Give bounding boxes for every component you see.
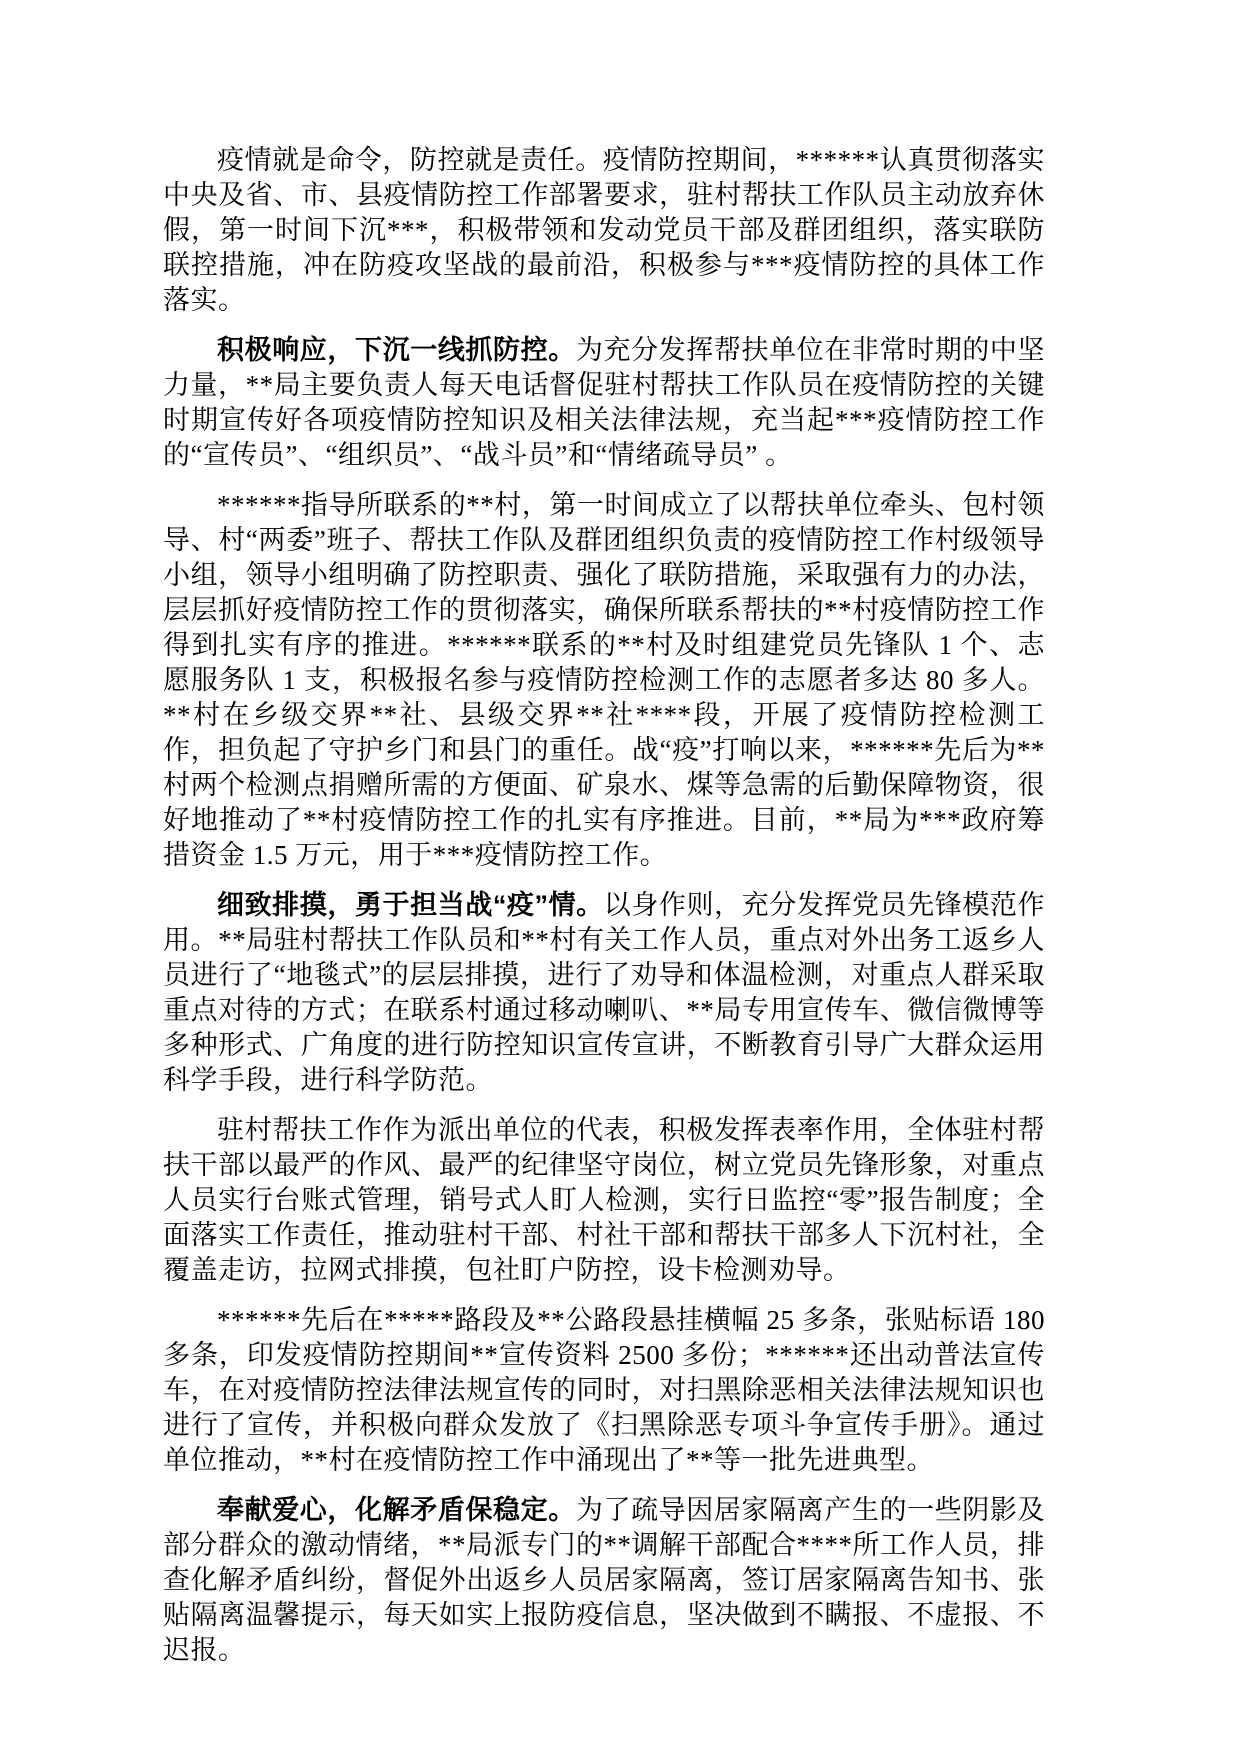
paragraph-text: 疫情就是命令，防控就是责任。疫情防控期间，******认真贯彻落实中央及省、市、… xyxy=(163,145,1045,315)
document-page: 疫情就是命令，防控就是责任。疫情防控期间，******认真贯彻落实中央及省、市、… xyxy=(0,0,1240,1754)
paragraph-text: ******先后在*****路段及**公路段悬挂横幅 25 多条，张贴标语 18… xyxy=(163,1305,1045,1475)
paragraph-text: 以身作则，充分发挥党员先锋模范作用。**局驻村帮扶工作队员和**村有关工作人员，… xyxy=(163,890,1045,1095)
paragraph-1: 疫情就是命令，防控就是责任。疫情防控期间，******认真贯彻落实中央及省、市、… xyxy=(163,143,1045,318)
paragraph-lead: 细致排摸，勇于担当战“疫”情。 xyxy=(217,890,604,920)
paragraph-2: 积极响应，下沉一线抓防控。为充分发挥帮扶单位在非常时期的中坚力量，**局主要负责… xyxy=(163,333,1045,473)
paragraph-7: 奉献爱心，化解矛盾保稳定。为了疏导因居家隔离产生的一些阴影及部分群众的激动情绪，… xyxy=(163,1493,1045,1668)
paragraph-5: 驻村帮扶工作作为派出单位的代表，积极发挥表率作用，全体驻村帮扶干部以最严的作风、… xyxy=(163,1113,1045,1288)
paragraph-4: 细致排摸，勇于担当战“疫”情。以身作则，充分发挥党员先锋模范作用。**局驻村帮扶… xyxy=(163,888,1045,1098)
paragraph-lead: 奉献爱心，化解矛盾保稳定。 xyxy=(217,1495,576,1525)
paragraph-6: ******先后在*****路段及**公路段悬挂横幅 25 多条，张贴标语 18… xyxy=(163,1303,1045,1478)
paragraph-text: ******指导所联系的**村，第一时间成立了以帮扶单位牵头、包村领导、村“两委… xyxy=(163,490,1045,870)
paragraph-3: ******指导所联系的**村，第一时间成立了以帮扶单位牵头、包村领导、村“两委… xyxy=(163,488,1045,873)
paragraph-text: 驻村帮扶工作作为派出单位的代表，积极发挥表率作用，全体驻村帮扶干部以最严的作风、… xyxy=(163,1115,1045,1285)
document-body: 疫情就是命令，防控就是责任。疫情防控期间，******认真贯彻落实中央及省、市、… xyxy=(163,143,1045,1668)
paragraph-lead: 积极响应，下沉一线抓防控。 xyxy=(217,335,576,365)
